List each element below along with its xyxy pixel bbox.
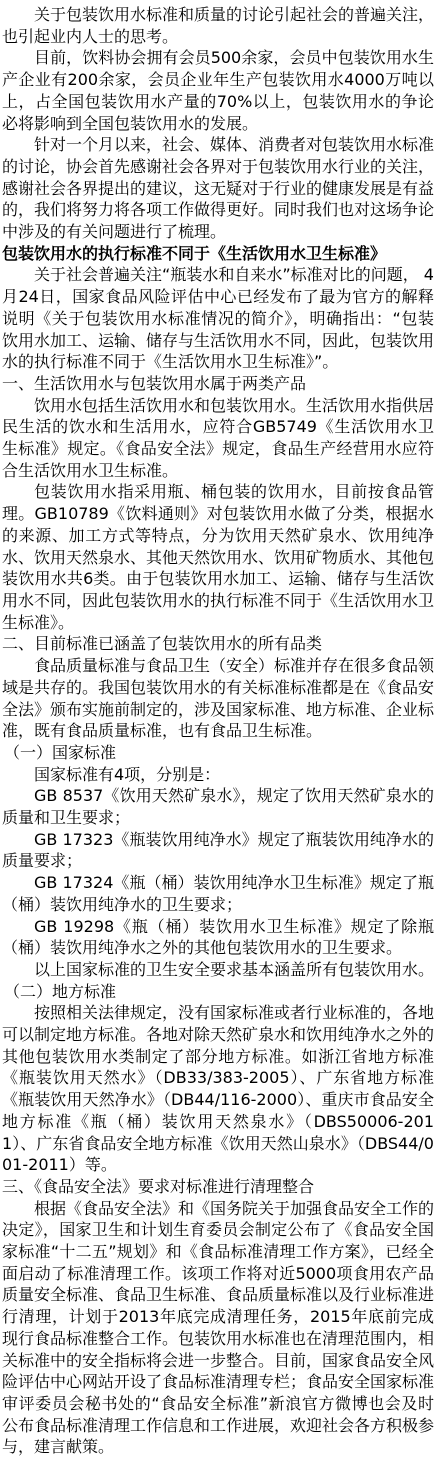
heading-main-bold: 包装饮用水的执行标准不同于《生活饮用水卫生标准》 [2, 243, 434, 265]
paragraph-gb8537: GB 8537《饮用天然矿泉水》，规定了饮用天然矿泉水的质量和卫生要求； [2, 785, 434, 828]
paragraph-national-standards-count: 国家标准有4项，分别是： [2, 764, 434, 786]
paragraph-drinking-water-types: 饮用水包括生活饮用水和包装饮用水。生活饮用水指供居民生活的饮水和生活用水，应符合… [2, 395, 434, 482]
heading-section-1: 一、生活饮用水与包装饮用水属于两类产品 [2, 373, 434, 395]
heading-national-standards: （一）国家标准 [2, 742, 434, 764]
heading-section-3: 三、《食品安全法》要求对标准进行清理整合 [2, 1176, 434, 1198]
paragraph-association-stats: 目前，饮料协会拥有会员500余家，会员中包装饮用水生产企业有200余家，会员企业… [2, 47, 434, 134]
paragraph-gb17324: GB 17324《瓶（桶）装饮用纯净水卫生标准》规定了瓶（桶）装饮用纯净水的卫生… [2, 872, 434, 915]
paragraph-local-standards: 按照相关法律规定，没有国家标准或者行业标准的，各地可以制定地方标准。各地对除天然… [2, 1002, 434, 1176]
paragraph-official-explanation: 关于社会普遍关注“瓶装水和自来水”标准对比的问题， 4月24日，国家食品风险评估… [2, 264, 434, 373]
heading-local-standards: （二）地方标准 [2, 981, 434, 1003]
paragraph-association-response: 针对一个月以来，社会、媒体、消费者对包装饮用水标准的讨论，协会首先感谢社会各界对… [2, 134, 434, 243]
paragraph-gb19298: GB 19298《瓶（桶）装饮用水卫生标准》规定了除瓶（桶）装饮用纯净水之外的其… [2, 916, 434, 959]
heading-section-2: 二、目前标准已涵盖了包装饮用水的所有品类 [2, 633, 434, 655]
document-page: 关于包装饮用水标准和质量的讨论引起社会的普遍关注，也引起业内人士的思考。 目前，… [0, 0, 438, 1458]
paragraph-national-coverage: 以上国家标准的卫生安全要求基本涵盖所有包装饮用水。 [2, 959, 434, 981]
paragraph-standards-coexist: 食品质量标准与食品卫生（安全）标准并存在很多食品领域是共存的。我国包装饮用水的有… [2, 655, 434, 742]
paragraph-intro: 关于包装饮用水标准和质量的讨论引起社会的普遍关注，也引起业内人士的思考。 [2, 4, 434, 47]
paragraph-packaged-water-class: 包装饮用水指采用瓶、桶包装的饮用水，目前按食品管理。GB10789《饮料通则》对… [2, 481, 434, 633]
paragraph-standards-cleanup: 根据《食品安全法》和《国务院关于加强食品安全工作的决定》，国家卫生和计划生育委员… [2, 1198, 434, 1458]
paragraph-gb17323: GB 17323《瓶装饮用纯净水》规定了瓶装饮用纯净水的质量要求； [2, 829, 434, 872]
